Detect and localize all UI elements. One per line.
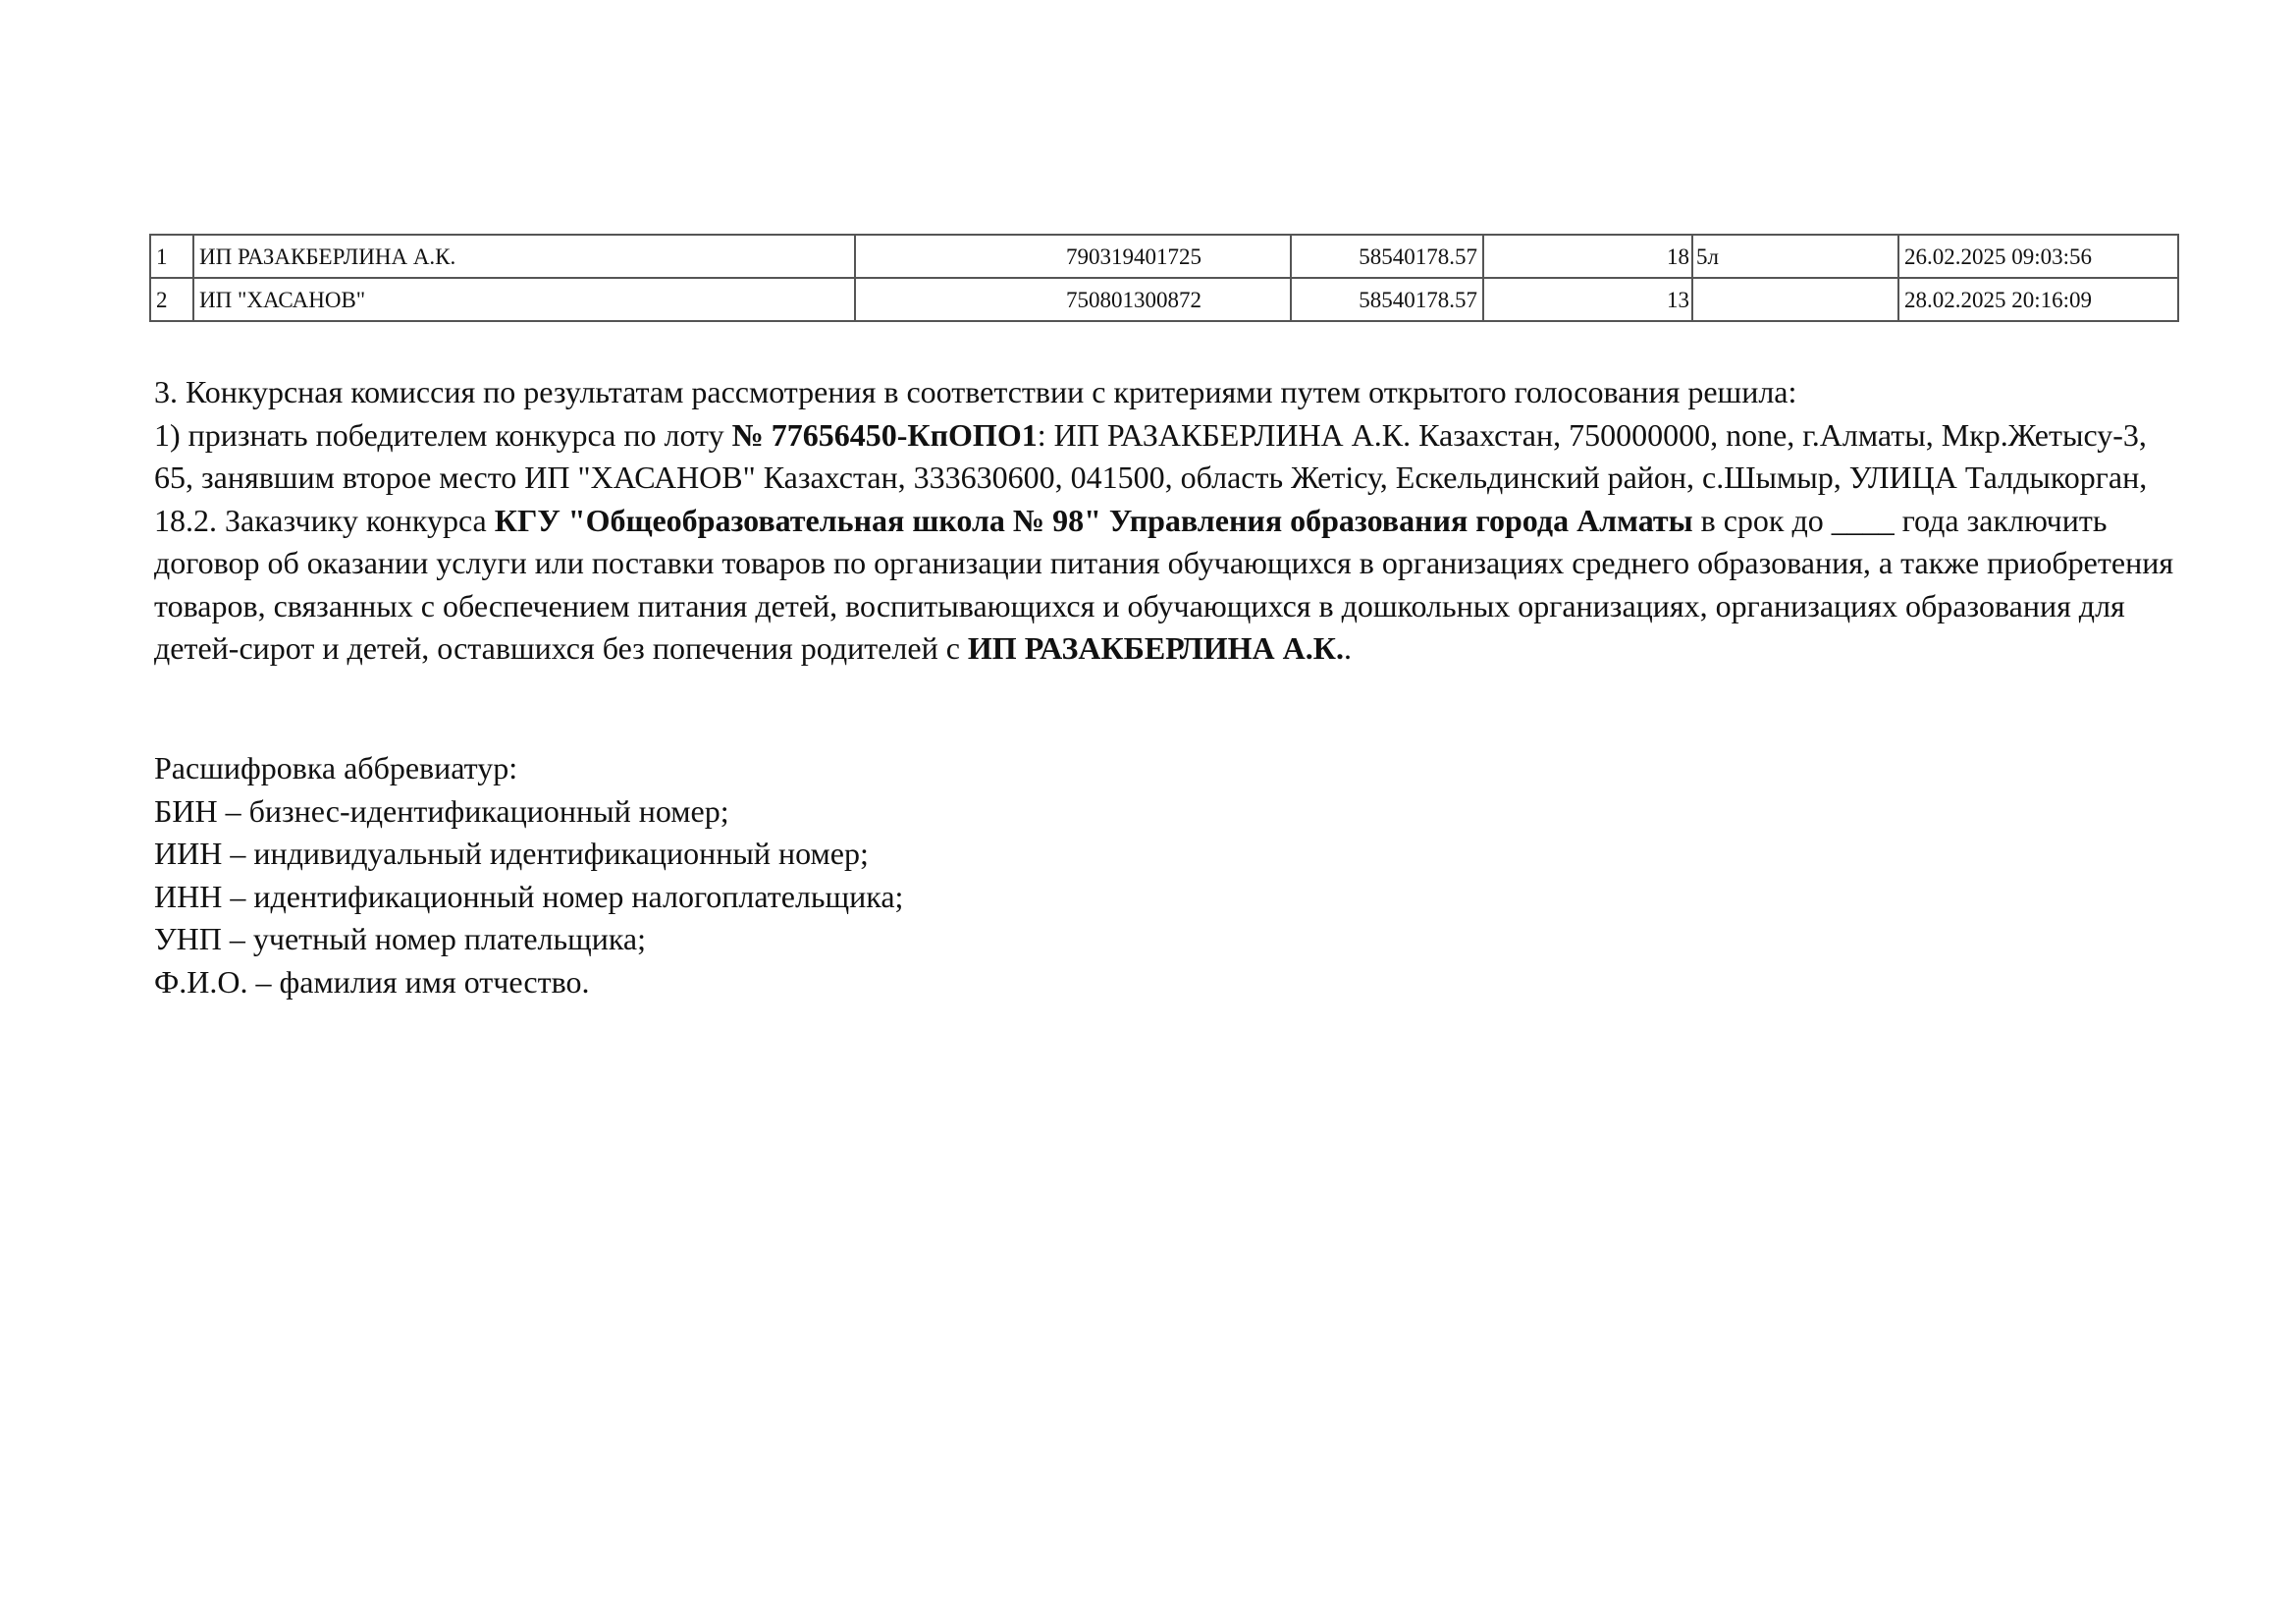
participant-name: ИП РАЗАКБЕРЛИНА А.К. bbox=[193, 235, 855, 278]
participant-iin: 750801300872 bbox=[855, 278, 1291, 321]
table-row: 2 ИП "ХАСАНОВ" 750801300872 58540178.57 … bbox=[150, 278, 2178, 321]
abbreviation-item: ИИН – индивидуальный идентификационный н… bbox=[154, 833, 903, 876]
decision-section: 3. Конкурсная комиссия по результатам ра… bbox=[154, 371, 2186, 671]
participant-name: ИП "ХАСАНОВ" bbox=[193, 278, 855, 321]
participant-iin: 790319401725 bbox=[855, 235, 1291, 278]
submission-datetime: 28.02.2025 20:16:09 bbox=[1898, 278, 2178, 321]
abbreviation-item: ИНН – идентификационный номер налогоплат… bbox=[154, 876, 903, 919]
results-table: 1 ИП РАЗАКБЕРЛИНА А.К. 790319401725 5854… bbox=[149, 234, 2179, 322]
lot-number: № 77656450-КпОПО1 bbox=[732, 417, 1038, 453]
row-number: 2 bbox=[150, 278, 193, 321]
participant-experience bbox=[1692, 278, 1898, 321]
participant-score: 18 bbox=[1483, 235, 1692, 278]
customer-name: КГУ "Общеобразовательная школа № 98" Упр… bbox=[495, 503, 1693, 538]
abbreviations-section: Расшифровка аббревиатур: БИН – бизнес-ид… bbox=[154, 747, 903, 1003]
participant-price: 58540178.57 bbox=[1291, 278, 1483, 321]
document-page: 1 ИП РАЗАКБЕРЛИНА А.К. 790319401725 5854… bbox=[0, 0, 2296, 1624]
winner-name: ИП РАЗАКБЕРЛИНА А.К. bbox=[968, 630, 1344, 666]
abbreviation-item: БИН – бизнес-идентификационный номер; bbox=[154, 790, 903, 834]
participant-price: 58540178.57 bbox=[1291, 235, 1483, 278]
decision-prefix: 1) признать победителем конкурса по лоту bbox=[154, 417, 732, 453]
table-row: 1 ИП РАЗАКБЕРЛИНА А.К. 790319401725 5854… bbox=[150, 235, 2178, 278]
abbreviation-item: УНП – учетный номер плательщика; bbox=[154, 918, 903, 961]
decision-intro: 3. Конкурсная комиссия по результатам ра… bbox=[154, 371, 2186, 414]
participant-experience: 5л bbox=[1692, 235, 1898, 278]
decision-end: . bbox=[1344, 630, 1352, 666]
abbreviation-item: Ф.И.О. – фамилия имя отчество. bbox=[154, 961, 903, 1004]
participant-score: 13 bbox=[1483, 278, 1692, 321]
abbreviations-title: Расшифровка аббревиатур: bbox=[154, 747, 903, 790]
row-number: 1 bbox=[150, 235, 193, 278]
submission-datetime: 26.02.2025 09:03:56 bbox=[1898, 235, 2178, 278]
decision-item-1: 1) признать победителем конкурса по лоту… bbox=[154, 414, 2186, 671]
